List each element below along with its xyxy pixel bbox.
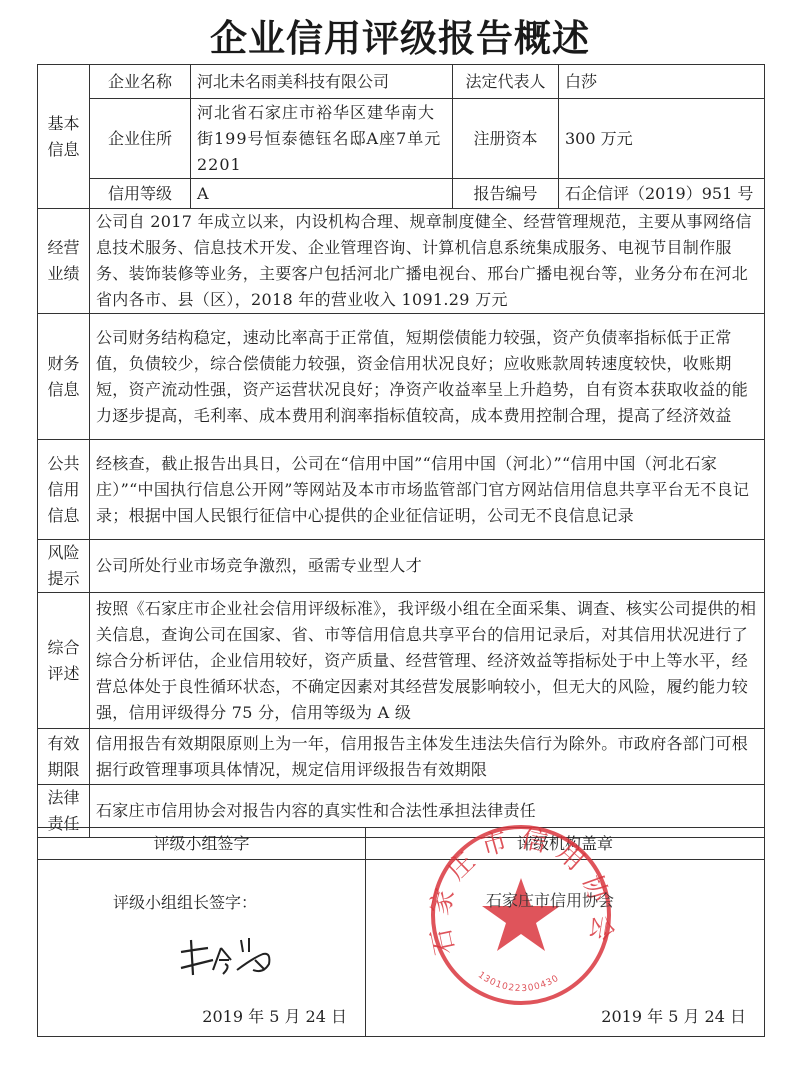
address-value: 河北省石家庄市裕华区建华南大街199号恒泰德钰名邸A座7单元2201 bbox=[191, 99, 453, 179]
registered-capital-label: 注册资本 bbox=[453, 99, 559, 179]
credit-grade-label: 信用等级 bbox=[90, 179, 191, 209]
section-text-public-credit: 经核查，截止报告出具日，公司在“信用中国”“信用中国（河北）”“信用中国（河北石… bbox=[90, 440, 765, 540]
section-label-summary: 综合评述 bbox=[38, 593, 90, 729]
section-label-operations: 经营业绩 bbox=[38, 209, 90, 314]
registered-capital-value: 300 万元 bbox=[559, 99, 765, 179]
page-title: 企业信用评级报告概述 bbox=[0, 8, 800, 62]
signature-table: 评级小组签字 评级机构盖章 评级小组组长签字： 2019 年 5 月 24 日 … bbox=[37, 827, 765, 1037]
legal-rep-label: 法定代表人 bbox=[453, 65, 559, 99]
section-text-finance: 公司财务结构稳定，速动比率高于正常值，短期偿债能力较强，资产负债率指标低于正常值… bbox=[90, 314, 765, 440]
section-text-risk: 公司所处行业市场竞争激烈，亟需专业型人才 bbox=[90, 540, 765, 593]
section-text-summary: 按照《石家庄市企业社会信用评级标准》，我评级小组在全面采集、调查、核实公司提供的… bbox=[90, 593, 765, 729]
rating-team-signature-cell: 评级小组组长签字： 2019 年 5 月 24 日 bbox=[38, 860, 366, 1037]
section-label-risk: 风险提示 bbox=[38, 540, 90, 593]
section-label-validity: 有效期限 bbox=[38, 729, 90, 785]
section-text-validity: 信用报告有效期限原则上为一年，信用报告主体发生违法失信行为除外。市政府各部门可根… bbox=[90, 729, 765, 785]
company-name-label: 企业名称 bbox=[90, 65, 191, 99]
official-seal-icon: 石家庄市信用协会 1301022300430 bbox=[426, 820, 616, 1010]
svg-text:1301022300430: 1301022300430 bbox=[476, 970, 561, 994]
section-label-finance: 财务信息 bbox=[38, 314, 90, 440]
section-basic-info: 基本信息 bbox=[38, 65, 90, 209]
section-label-public-credit: 公共信用信息 bbox=[38, 440, 90, 540]
report-table: 基本信息 企业名称 河北未名雨美科技有限公司 法定代表人 白莎 企业住所 河北省… bbox=[37, 64, 765, 838]
rating-org-seal-cell: 石家庄市信用协会 1301022300430 石家庄市信用协会 2019 年 5… bbox=[366, 860, 765, 1037]
company-name-value: 河北未名雨美科技有限公司 bbox=[191, 65, 453, 99]
address-label: 企业住所 bbox=[90, 99, 191, 179]
rating-org-name: 石家庄市信用协会 bbox=[486, 888, 614, 914]
handwritten-signature-icon bbox=[173, 930, 293, 980]
report-no-label: 报告编号 bbox=[453, 179, 559, 209]
credit-grade-value: A bbox=[191, 179, 453, 209]
report-no-value: 石企信评（2019）951 号 bbox=[559, 179, 765, 209]
legal-rep-value: 白莎 bbox=[559, 65, 765, 99]
rating-team-signature-header: 评级小组签字 bbox=[38, 828, 366, 860]
team-signature-date: 2019 年 5 月 24 日 bbox=[202, 1004, 347, 1030]
section-text-operations: 公司自 2017 年成立以来，内设机构合理、规章制度健全、经营管理规范，主要从事… bbox=[90, 209, 765, 314]
team-leader-signature-label: 评级小组组长签字： bbox=[113, 890, 257, 916]
org-seal-date: 2019 年 5 月 24 日 bbox=[601, 1004, 746, 1030]
